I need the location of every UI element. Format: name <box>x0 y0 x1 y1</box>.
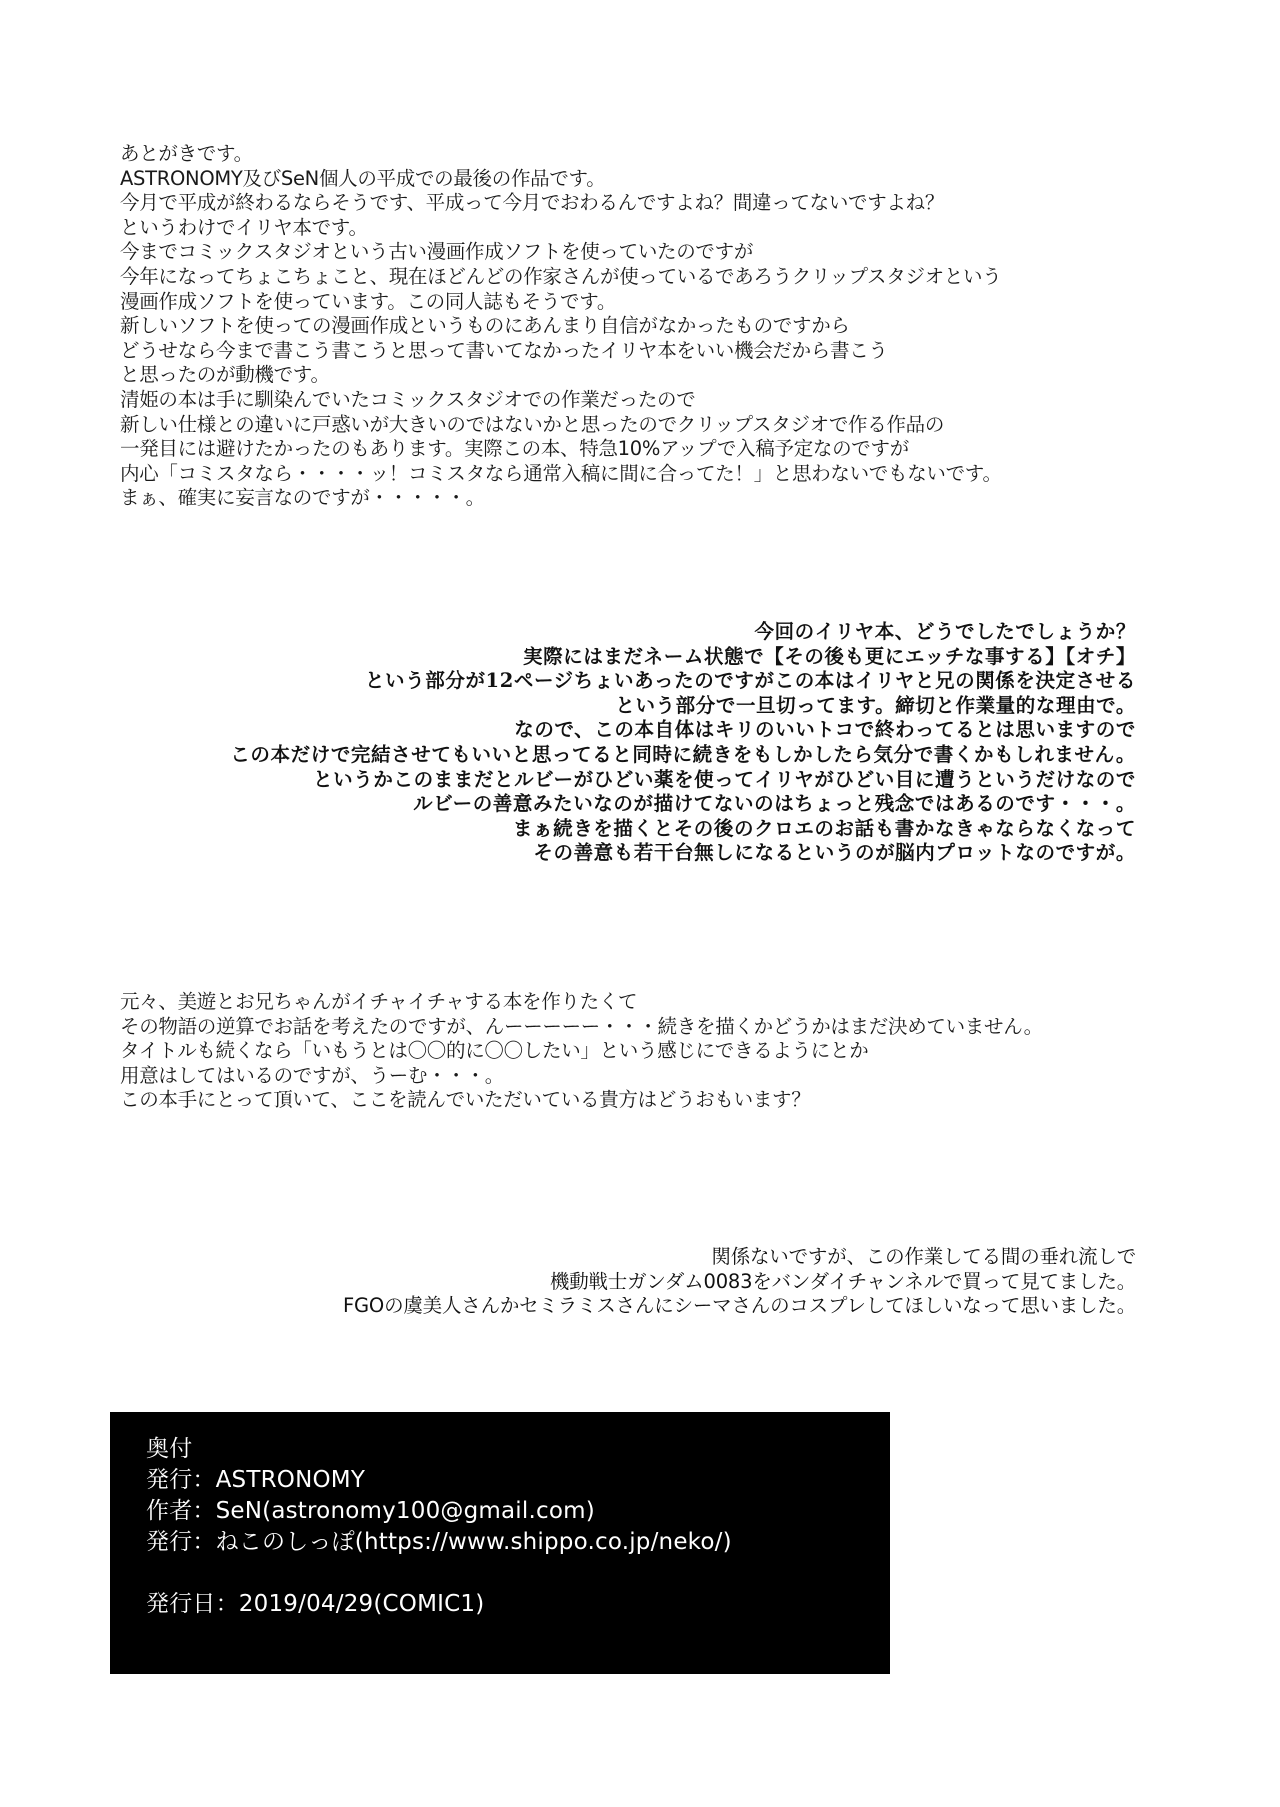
text-line: 一発目には避けたかったのもあります。実際この本、特急10%アップで入稿予定なので… <box>120 437 1002 462</box>
text-line: 清姫の本は手に馴染んでいたコミックスタジオでの作業だったので <box>120 388 1002 413</box>
text-line: まぁ続きを描くとその後のクロエのお話も書かなきゃならなくなって <box>230 817 1136 842</box>
afterword-intro-paragraph: あとがきです。 ASTRONOMY及びSeN個人の平成での最後の作品です。 今月… <box>120 142 1002 511</box>
text-line: 実際にはまだネーム状態で【その後も更にエッチな事する】【オチ】 <box>230 645 1136 670</box>
text-line: 内心「コミスタなら・・・・ッ！コミスタなら通常入稿に間に合ってた！」と思わないで… <box>120 462 1002 487</box>
text-line: 漫画作成ソフトを使っています。この同人誌もそうです。 <box>120 290 1002 315</box>
afterword-aside-paragraph: 関係ないですが、この作業してる間の垂れ流しで 機動戦士ガンダム0083をバンダイ… <box>343 1245 1136 1319</box>
colophon-author: 作者：SeN(astronomy100@gmail.com) <box>146 1496 890 1527</box>
text-line: この本手にとって頂いて、ここを読んでいただいている貴方はどうおもいます？ <box>120 1088 1043 1113</box>
text-line: 今年になってちょこちょこと、現在ほどんどの作家さんが使っているであろうクリップス… <box>120 265 1002 290</box>
afterword-comment-paragraph: 今回のイリヤ本、どうでしたでしょうか？ 実際にはまだネーム状態で【その後も更にエ… <box>230 620 1136 866</box>
text-line: 今回のイリヤ本、どうでしたでしょうか？ <box>230 620 1136 645</box>
text-line: と思ったのが動機です。 <box>120 363 1002 388</box>
text-line: 元々、美遊とお兄ちゃんがイチャイチャする本を作りたくて <box>120 990 1043 1015</box>
text-line: ルビーの善意みたいなのが描けてないのはちょっと残念ではあるのです・・・。 <box>230 792 1136 817</box>
colophon-printer: 発行：ねこのしっぽ(https://www.shippo.co.jp/neko/… <box>146 1527 890 1558</box>
text-line: その善意も若干台無しになるというのが脳内プロットなのですが。 <box>230 841 1136 866</box>
afterword-sequel-paragraph: 元々、美遊とお兄ちゃんがイチャイチャする本を作りたくて その物語の逆算でお話を考… <box>120 990 1043 1113</box>
text-line: 今月で平成が終わるならそうです、平成って今月でおわるんですよね？間違ってないです… <box>120 191 1002 216</box>
text-line: その物語の逆算でお話を考えたのですが、んーーーーー・・・続きを描くかどうかはまだ… <box>120 1015 1043 1040</box>
text-line: 機動戦士ガンダム0083をバンダイチャンネルで買って見てました。 <box>343 1270 1136 1295</box>
text-line: という部分で一旦切ってます。締切と作業量的な理由で。 <box>230 694 1136 719</box>
afterword-page: あとがきです。 ASTRONOMY及びSeN個人の平成での最後の作品です。 今月… <box>0 0 1280 1807</box>
text-line: なので、この本自体はキリのいいトコで終わってるとは思いますので <box>230 718 1136 743</box>
text-line: タイトルも続くなら「いもうとは〇〇的に〇〇したい」という感じにできるようにとか <box>120 1039 1043 1064</box>
colophon-publisher: 発行：ASTRONOMY <box>146 1465 890 1496</box>
colophon-date: 発行日：2019/04/29(COMIC1) <box>146 1589 890 1620</box>
text-line: ASTRONOMY及びSeN個人の平成での最後の作品です。 <box>120 167 1002 192</box>
text-line: FGOの虞美人さんかセミラミスさんにシーマさんのコスプレしてほしいなって思いまし… <box>343 1294 1136 1319</box>
text-line: あとがきです。 <box>120 142 1002 167</box>
text-line: この本だけで完結させてもいいと思ってると同時に続きをもしかしたら気分で書くかもし… <box>230 743 1136 768</box>
colophon-heading: 奥付 <box>146 1434 890 1465</box>
text-line: まぁ、確実に妄言なのですが・・・・・。 <box>120 486 1002 511</box>
text-line: 関係ないですが、この作業してる間の垂れ流しで <box>343 1245 1136 1270</box>
colophon-box: 奥付 発行：ASTRONOMY 作者：SeN(astronomy100@gmai… <box>110 1412 890 1674</box>
text-line: 新しいソフトを使っての漫画作成というものにあんまり自信がなかったものですから <box>120 314 1002 339</box>
text-line: という部分が12ページちょいあったのですがこの本はイリヤと兄の関係を決定させる <box>230 669 1136 694</box>
text-line: 用意はしてはいるのですが、うーむ・・・。 <box>120 1064 1043 1089</box>
spacer <box>146 1558 890 1589</box>
text-line: 今までコミックスタジオという古い漫画作成ソフトを使っていたのですが <box>120 240 1002 265</box>
text-line: 新しい仕様との違いに戸惑いが大きいのではないかと思ったのでクリップスタジオで作る… <box>120 413 1002 438</box>
text-line: というわけでイリヤ本です。 <box>120 216 1002 241</box>
text-line: というかこのままだとルビーがひどい薬を使ってイリヤがひどい目に遭うというだけなの… <box>230 768 1136 793</box>
text-line: どうせなら今まで書こう書こうと思って書いてなかったイリヤ本をいい機会だから書こう <box>120 339 1002 364</box>
